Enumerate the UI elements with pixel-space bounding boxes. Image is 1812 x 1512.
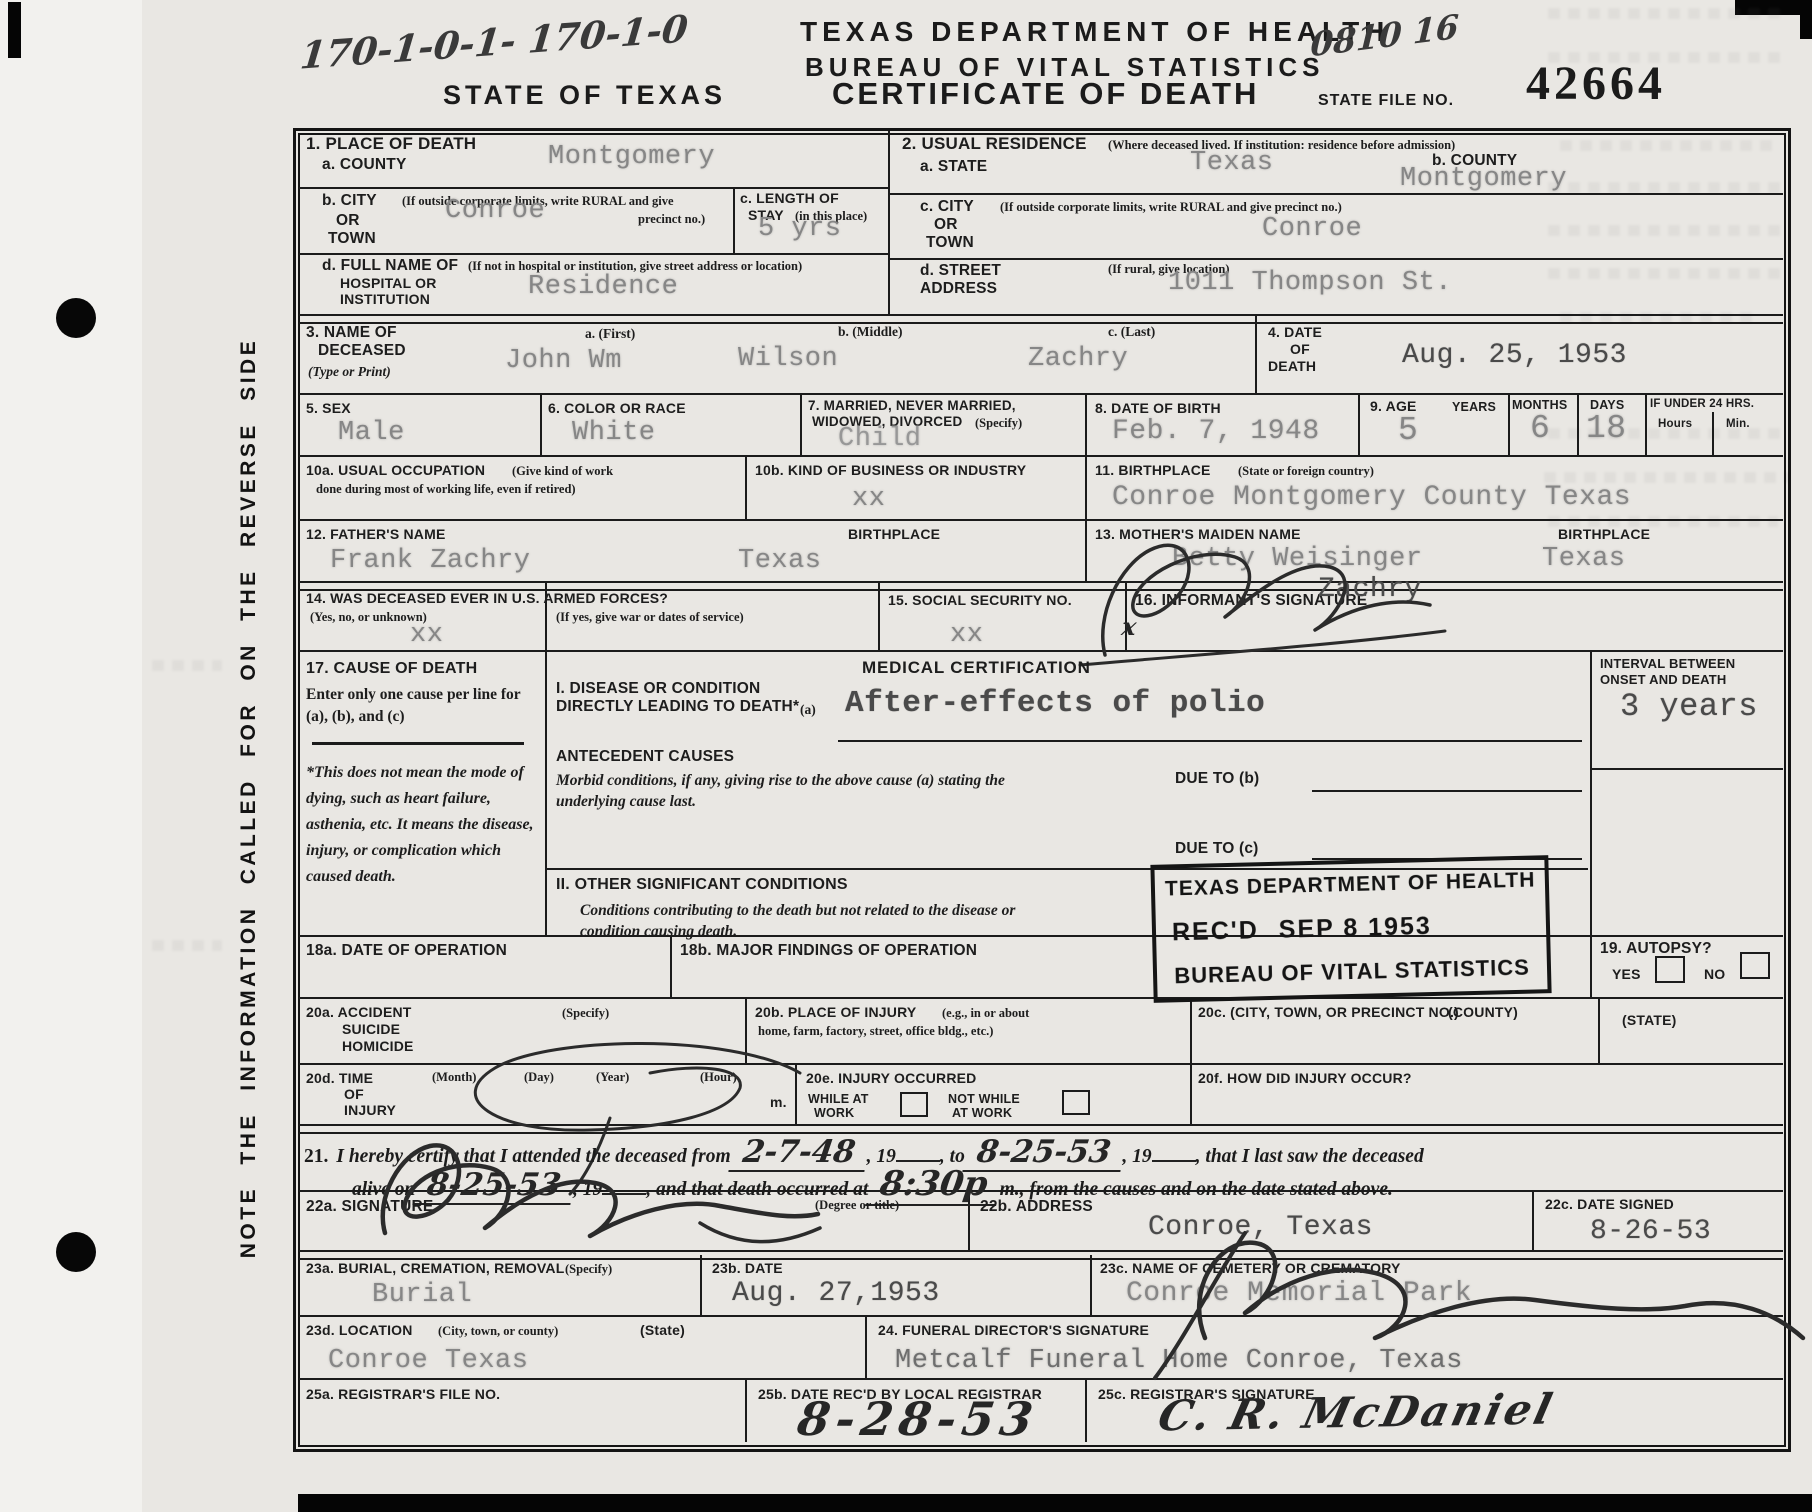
field-5-value: Male <box>338 418 405 448</box>
rule <box>1255 316 1257 393</box>
rule <box>745 1380 747 1442</box>
bleed-through <box>152 660 222 671</box>
funeral-director-signature-script <box>1125 1218 1812 1388</box>
field-23d-paren: (City, town, or county) <box>438 1324 558 1339</box>
field-9-hours-label: Hours <box>1658 418 1692 430</box>
rule <box>865 1317 867 1378</box>
rule <box>540 393 542 455</box>
field-22c-label: 22c. DATE SIGNED <box>1545 1196 1674 1212</box>
field-1c-value: 5 yrs <box>758 214 842 244</box>
scan-corner-mark-left <box>8 2 21 58</box>
field-13-birthplace-value: Texas <box>1542 544 1626 574</box>
stamp-date: SEP 8 1953 <box>1278 912 1432 945</box>
field-12-birthplace-label: BIRTHPLACE <box>848 526 940 542</box>
field-20f-label: 20f. HOW DID INJURY OCCUR? <box>1198 1070 1412 1086</box>
rule <box>312 742 524 745</box>
field-23d-state-label: (State) <box>640 1322 685 1338</box>
scan-edge-mark <box>1800 15 1812 39</box>
field-3-label2: DECEASED <box>318 342 406 360</box>
field-9-days-value: 18 <box>1586 410 1627 447</box>
field-20b-paren: (e.g., in or about <box>942 1006 1029 1021</box>
field-23d-label: 23d. LOCATION <box>306 1322 413 1338</box>
field-1d-label3: INSTITUTION <box>340 291 430 307</box>
field-25a-label: 25a. REGISTRAR'S FILE NO. <box>306 1386 500 1402</box>
field-20a-label: 20a. ACCIDENT <box>306 1004 412 1020</box>
informant-signature-script <box>1075 505 1455 675</box>
field-1c-label: c. LENGTH OF <box>740 190 839 206</box>
rule <box>299 519 1783 521</box>
interval-label: INTERVAL BETWEEN <box>1600 656 1735 671</box>
med-morbid-note: Morbid conditions, if any, giving rise t… <box>556 770 1006 812</box>
certificate-title: CERTIFICATE OF DEATH <box>832 76 1259 112</box>
autopsy-yes-checkbox <box>1655 956 1685 983</box>
rule <box>890 193 1783 195</box>
field-19-yes-label: YES <box>1612 966 1641 982</box>
field-6-value: White <box>572 418 656 448</box>
field-9-years-label: YEARS <box>1452 400 1496 414</box>
rule <box>1508 393 1510 455</box>
field-20c-county-label: (COUNTY) <box>1448 1004 1518 1020</box>
med-due-c-label: DUE TO (c) <box>1175 840 1259 858</box>
stamp-recd: REC'D <box>1172 916 1259 947</box>
state-file-label: STATE FILE NO. <box>1318 92 1454 110</box>
death-certificate-scan: NOTE THE INFORMATION CALLED FOR ON THE R… <box>0 0 1812 1512</box>
field-10a-label: 10a. USUAL OCCUPATION <box>306 462 485 478</box>
field-7-label: 7. MARRIED, NEVER MARRIED, <box>808 398 1016 413</box>
field-3-label3: (Type or Print) <box>308 364 391 380</box>
field-23b-value: Aug. 27,1953 <box>732 1278 940 1309</box>
field-3-middle-value: Wilson <box>738 344 838 374</box>
field-2c-paren: (If outside corporate limits, write RURA… <box>1000 200 1342 215</box>
field-1d-label2: HOSPITAL OR <box>340 275 437 291</box>
field-13-birthplace-label: BIRTHPLACE <box>1558 526 1650 542</box>
field-20e-not1: NOT WHILE <box>948 1092 1020 1106</box>
rule <box>299 393 1783 395</box>
rule <box>800 393 802 455</box>
rule <box>299 253 888 255</box>
field-20e-not2: AT WORK <box>952 1106 1012 1120</box>
punch-hole-top <box>56 298 96 338</box>
stamp-line1: TEXAS DEPARTMENT OF HEALTH <box>1165 868 1535 901</box>
field-15-value: xx <box>950 620 983 650</box>
while-at-work-checkbox <box>900 1092 928 1117</box>
rule <box>299 650 1783 652</box>
field-4-value: Aug. 25, 1953 <box>1402 340 1627 371</box>
field-20a-label2: SUICIDE <box>342 1021 400 1037</box>
interval-label2: ONSET AND DEATH <box>1600 672 1727 687</box>
blank-line <box>896 1142 940 1162</box>
rule <box>1590 652 1592 997</box>
field-2c-label: c. CITY <box>920 198 974 216</box>
field-1b-value: Conroe <box>445 196 545 226</box>
rule <box>299 997 1783 999</box>
rule <box>299 455 1783 457</box>
rule <box>878 583 880 650</box>
certify-num: 21. <box>304 1146 328 1168</box>
field-14-value: xx <box>410 620 443 650</box>
field-20d-label3: INJURY <box>344 1102 396 1118</box>
scan-bottom-bar <box>298 1494 1812 1512</box>
interval-value: 3 years <box>1620 688 1758 725</box>
field-18a-label: 18a. DATE OF OPERATION <box>306 942 507 960</box>
field-20e-label: 20e. INJURY OCCURRED <box>806 1070 977 1086</box>
field-10a-paren2: done during most of working life, even i… <box>316 482 576 497</box>
field-8-label: 8. DATE OF BIRTH <box>1095 400 1221 416</box>
field-23d-value: Conroe Texas <box>328 1346 528 1376</box>
field-18b-label: 18b. MAJOR FINDINGS OF OPERATION <box>680 942 977 960</box>
rule <box>1085 1380 1087 1442</box>
rule <box>545 652 547 935</box>
bleed-through <box>1548 8 1788 19</box>
med-ii-label: II. OTHER SIGNIFICANT CONDITIONS <box>556 876 848 894</box>
stamp-line3: BUREAU OF VITAL STATISTICS <box>1167 954 1538 989</box>
field-11-label: 11. BIRTHPLACE <box>1095 462 1211 478</box>
field-1a-value: Montgomery <box>548 142 715 172</box>
field-12-label: 12. FATHER'S NAME <box>306 526 446 542</box>
rule <box>299 314 1783 324</box>
field-3-first-label: a. (First) <box>585 326 635 342</box>
field-4-label3: DEATH <box>1268 358 1316 374</box>
field-1b-paren2: precinct no.) <box>638 212 705 227</box>
rule <box>1712 412 1714 455</box>
field-10a-paren: (Give kind of work <box>512 464 613 479</box>
state-of-texas: STATE OF TEXAS <box>443 80 726 111</box>
reverse-side-note: NOTE THE INFORMATION CALLED FOR ON THE R… <box>237 338 261 1258</box>
field-1b-town: TOWN <box>328 230 376 248</box>
field-23b-label: 23b. DATE <box>712 1260 783 1276</box>
field-24-label: 24. FUNERAL DIRECTOR'S SIGNATURE <box>878 1322 1149 1338</box>
rule <box>670 935 672 997</box>
field-9-years-value: 5 <box>1398 412 1418 449</box>
med-a-value: After-effects of polio <box>845 686 1265 721</box>
rule <box>1645 393 1647 455</box>
field-3-first-value: John Wm <box>505 346 622 376</box>
field-2c-town: TOWN <box>926 234 974 252</box>
field-6-label: 6. COLOR OR RACE <box>548 400 686 416</box>
field-14-paren2: (If yes, give war or dates of service) <box>556 610 744 625</box>
medical-certification-title: MEDICAL CERTIFICATION <box>862 658 1091 678</box>
field-1b-label: b. CITY <box>322 192 377 210</box>
rule <box>890 258 1783 260</box>
field-5-label: 5. SEX <box>306 400 351 416</box>
field-3-last-label2: c. (Last) <box>1108 324 1155 340</box>
rule <box>745 455 747 519</box>
med-a-tag: (a) <box>800 702 816 718</box>
field-19-no-label: NO <box>1704 966 1725 982</box>
field-9-under24-label: IF UNDER 24 HRS. <box>1650 398 1754 410</box>
field-3-label: 3. NAME OF <box>306 324 397 342</box>
handwritten-file-code-left: 170-1-0-1- 170-1-0 <box>298 6 690 78</box>
field-25c-value: C. R. McDaniel <box>1153 1385 1559 1441</box>
field-2d-label: d. STREET <box>920 262 1001 280</box>
field-2c-value: Conroe <box>1262 214 1362 244</box>
rule <box>1577 393 1579 455</box>
physician-signature-script <box>360 1128 840 1268</box>
rule <box>1590 768 1783 770</box>
field-7-paren: (Specify) <box>975 416 1022 431</box>
field-11-paren: (State or foreign country) <box>1238 464 1374 479</box>
field-20c-state-label: (STATE) <box>1622 1012 1677 1028</box>
autopsy-no-checkbox <box>1740 952 1770 979</box>
field-4-label: 4. DATE <box>1268 324 1322 340</box>
field-8-value: Feb. 7, 1948 <box>1112 416 1320 447</box>
received-stamp: TEXAS DEPARTMENT OF HEALTH REC'D SEP 8 1… <box>1150 855 1551 1003</box>
field-9-min-label: Min. <box>1726 418 1750 430</box>
field-20d-label: 20d. TIME <box>306 1070 373 1086</box>
field-17-title: 17. CAUSE OF DEATH <box>306 660 477 678</box>
field-15-label: 15. SOCIAL SECURITY NO. <box>888 592 1072 608</box>
field-2a-label: a. STATE <box>920 158 987 176</box>
not-while-at-work-checkbox <box>1062 1090 1090 1115</box>
field-10b-value: xx <box>852 484 885 514</box>
rule <box>299 187 888 189</box>
scan-left-margin <box>0 0 142 1512</box>
field-10b-label: 10b. KIND OF BUSINESS OR INDUSTRY <box>755 462 1026 478</box>
field-1d-label: d. FULL NAME OF <box>322 257 458 275</box>
rule <box>1085 393 1087 519</box>
punch-hole-bottom <box>56 1232 96 1272</box>
field-1d-value: Residence <box>528 272 678 302</box>
field-17-star-note: *This does not mean the mode of dying, s… <box>306 760 540 890</box>
rule <box>733 187 735 253</box>
field-7-value: Child <box>838 424 922 454</box>
rule <box>1358 393 1360 455</box>
field-1-title: 1. PLACE OF DEATH <box>306 134 476 154</box>
field-1b-or: OR <box>336 212 360 230</box>
field-20c-label: 20c. (CITY, TOWN, OR PRECINCT NO.) <box>1198 1004 1459 1020</box>
blank-line <box>1152 1142 1196 1162</box>
rule <box>1190 997 1192 1126</box>
field-20d-label2: OF <box>344 1086 364 1102</box>
field-23a-label: 23a. BURIAL, CREMATION, REMOVAL <box>306 1260 564 1276</box>
field-17-note: Enter only one cause per line for (a), (… <box>306 684 534 728</box>
field-23a-paren: (Specify) <box>565 1262 612 1277</box>
dept-title: TEXAS DEPARTMENT OF HEALTH <box>800 16 1389 48</box>
med-due-b-label: DUE TO (b) <box>1175 770 1259 788</box>
rule <box>1598 997 1600 1063</box>
field-2d-value: 1011 Thompson St. <box>1168 268 1452 298</box>
field-3-middle-label: b. (Middle) <box>838 324 903 340</box>
med-i-label: I. DISEASE OR CONDITION <box>556 680 760 698</box>
rule <box>1312 790 1582 792</box>
field-2-title: 2. USUAL RESIDENCE <box>902 134 1087 154</box>
rule <box>888 131 890 316</box>
stamp-line2: REC'D SEP 8 1953 <box>1166 909 1537 947</box>
med-antecedent-label: ANTECEDENT CAUSES <box>556 748 734 766</box>
field-2b-value: Montgomery <box>1400 164 1567 194</box>
field-25b-value: 8-28-53 <box>794 1392 1042 1446</box>
field-1a-label: a. COUNTY <box>322 156 406 174</box>
rule <box>1090 1255 1092 1315</box>
field-9-months-value: 6 <box>1530 410 1550 447</box>
med-ii-note: Conditions contributing to the death but… <box>580 900 1050 942</box>
field-3-last-value: Zachry <box>1028 344 1128 374</box>
field-2a-value: Texas <box>1190 148 1274 178</box>
state-file-number: 42664 <box>1526 56 1666 111</box>
med-i-label2: DIRECTLY LEADING TO DEATH* <box>556 698 799 716</box>
bleed-through <box>152 940 222 951</box>
field-2c-or: OR <box>934 216 958 234</box>
field-12-value: Frank Zachry <box>330 546 530 576</box>
field-4-label2: OF <box>1290 341 1310 357</box>
field-22b-label: 22b. ADDRESS <box>980 1198 1093 1216</box>
field-23a-value: Burial <box>372 1280 472 1310</box>
field-2d-label2: ADDRESS <box>920 280 997 298</box>
field-14-label: 14. WAS DECEASED EVER IN U.S. ARMED FORC… <box>306 590 668 606</box>
rule <box>838 740 1582 742</box>
field-12-birthplace-value: Texas <box>738 546 822 576</box>
